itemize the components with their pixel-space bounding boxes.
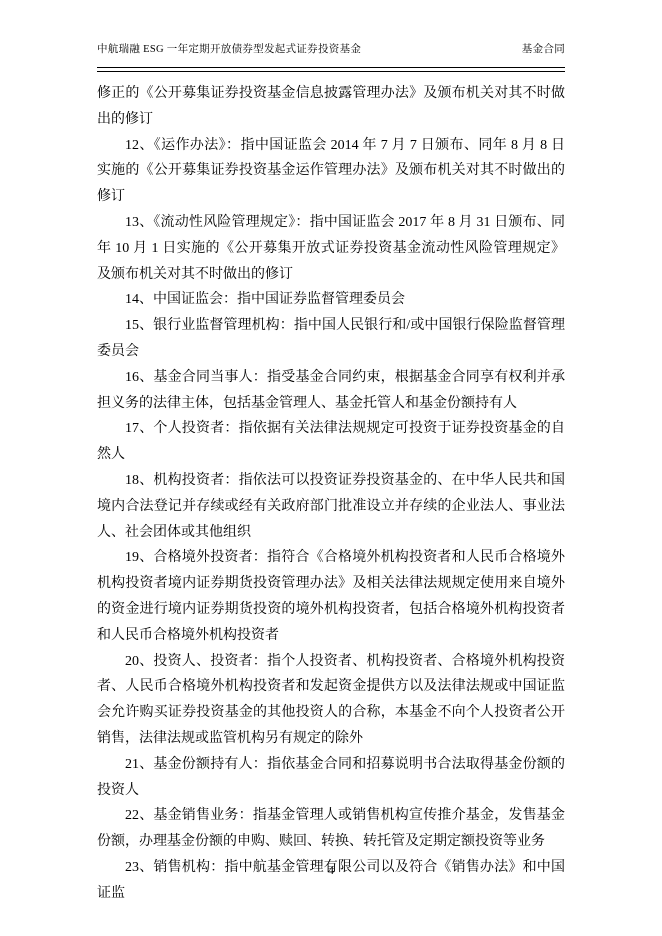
paragraph-continuation: 修正的《公开募集证券投资基金信息披露管理办法》及颁布机关对其不时做出的修订: [97, 81, 565, 133]
page-header: 中航瑞融 ESG 一年定期开放债券型发起式证券投资基金 基金合同: [97, 41, 565, 56]
definition-item-13: 13、《流动性风险管理规定》：指中国证监会 2017 年 8 月 31 日颁布、…: [97, 210, 565, 287]
definition-item-16: 16、基金合同当事人：指受基金合同约束，根据基金合同享有权利并承担义务的法律主体…: [97, 365, 565, 417]
definition-item-19: 19、合格境外投资者：指符合《合格境外机构投资者和人民币合格境外机构投资者境内证…: [97, 545, 565, 648]
document-body: 修正的《公开募集证券投资基金信息披露管理办法》及颁布机关对其不时做出的修订 12…: [97, 81, 565, 907]
definition-item-22: 22、基金销售业务：指基金管理人或销售机构宣传推介基金，发售基金份额，办理基金份…: [97, 803, 565, 855]
header-fund-name: 中航瑞融 ESG 一年定期开放债券型发起式证券投资基金: [97, 41, 361, 56]
definition-item-14: 14、中国证监会：指中国证券监督管理委员会: [97, 287, 565, 313]
header-doc-type: 基金合同: [522, 41, 565, 56]
page-footer: 4: [0, 863, 662, 878]
definition-item-15: 15、银行业监督管理机构：指中国人民银行和/或中国银行保险监督管理委员会: [97, 313, 565, 365]
definition-item-21: 21、基金份额持有人：指依基金合同和招募说明书合法取得基金份额的投资人: [97, 752, 565, 804]
definition-item-20: 20、投资人、投资者：指个人投资者、机构投资者、合格境外机构投资者、人民币合格境…: [97, 649, 565, 752]
definition-item-18: 18、机构投资者：指依法可以投资证券投资基金的、在中华人民共和国境内合法登记并存…: [97, 468, 565, 545]
document-page: 中航瑞融 ESG 一年定期开放债券型发起式证券投资基金 基金合同 修正的《公开募…: [0, 0, 662, 936]
definition-item-17: 17、个人投资者：指依据有关法律法规规定可投资于证券投资基金的自然人: [97, 416, 565, 468]
definition-item-12: 12、《运作办法》：指中国证监会 2014 年 7 月 7 日颁布、同年 8 月…: [97, 133, 565, 210]
header-divider: [97, 67, 565, 72]
page-number: 4: [328, 863, 334, 877]
